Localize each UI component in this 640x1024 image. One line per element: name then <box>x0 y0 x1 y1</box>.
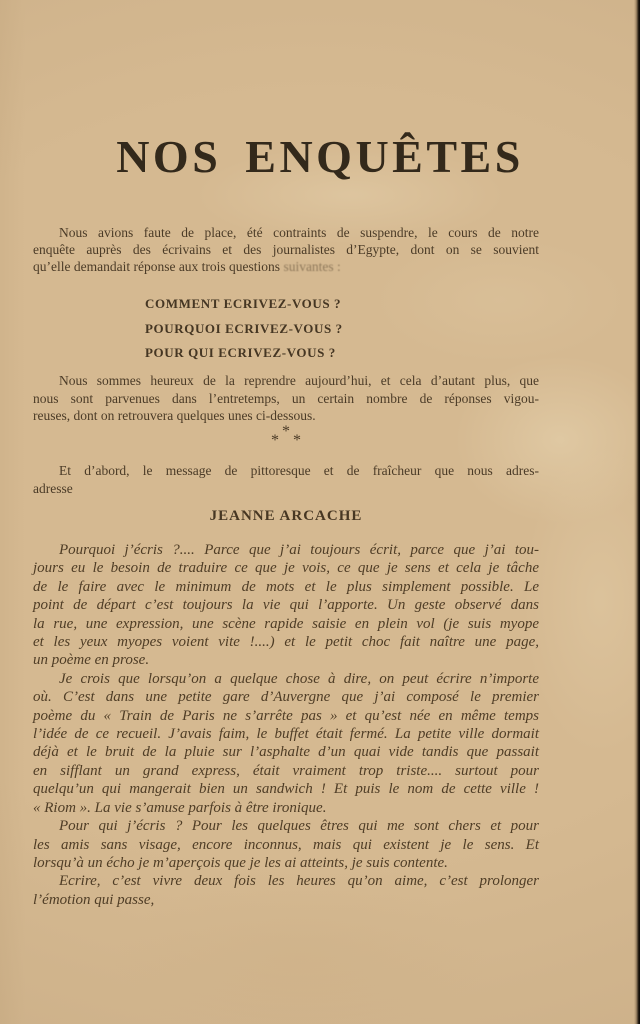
intro-line-text: qu’elle demandait réponse aux trois ques… <box>33 259 283 274</box>
essay-line: Pourquoi j’écris ?.... Parce que j’ai to… <box>33 541 539 559</box>
essay-line: poème du « Train de Paris ne s’arrête pa… <box>33 707 539 725</box>
lead-in-paragraph: Et d’abord, le message de pittoresque et… <box>33 462 539 498</box>
essay-line: Ecrire, c’est vivre deux fois les heures… <box>33 872 539 890</box>
intro-line: Nous avions faute de place, été contrain… <box>33 224 539 241</box>
resume-paragraph: Nous sommes heureux de la reprendre aujo… <box>33 372 539 425</box>
lead-in-line: adresse <box>33 480 539 498</box>
intro-line: qu’elle demandait réponse aux trois ques… <box>33 258 539 275</box>
essay-line: où. C’est dans une petite gare d’Auvergn… <box>33 688 539 706</box>
essay-line: l’émotion qui passe, <box>33 891 539 909</box>
question-comment: COMMENT ECRIVEZ-VOUS ? <box>145 296 539 312</box>
author-heading: JEANNE ARCACHE <box>33 508 539 525</box>
essay-line: Je crois que lorsqu’on a quelque chose à… <box>33 670 539 688</box>
essay-line: et les yeux myopes voient vite !....) et… <box>33 633 539 651</box>
essay-line: la rue, une expression, une scène rapide… <box>33 615 539 633</box>
essay-line: en sifflant un grand express, était vrai… <box>33 762 539 780</box>
lead-in-line: Et d’abord, le message de pittoresque et… <box>33 462 539 480</box>
asterism-bottom-stars: * * <box>33 436 539 445</box>
essay-line: les amis sans visage, encore inconnus, m… <box>33 836 539 854</box>
essay-line: lorsqu’à un écho je m’aperçois que je le… <box>33 854 539 872</box>
essay-paragraph-2: Je crois que lorsqu’on a quelque chose à… <box>33 670 539 817</box>
page-title: NOS ENQUÊTES <box>0 134 640 180</box>
essay-paragraph-4: Ecrire, c’est vivre deux fois les heures… <box>33 872 539 909</box>
essay-line: jours eu le besoin de traduire ce que je… <box>33 559 539 577</box>
essay-paragraph-3: Pour qui j’écris ? Pour les quelques êtr… <box>33 817 539 872</box>
resume-line: Nous sommes heureux de la reprendre aujo… <box>33 372 539 390</box>
resume-line: nous sont parvenues dans l’entretemps, u… <box>33 390 539 408</box>
questions-list: COMMENT ECRIVEZ-VOUS ? POURQUOI ECRIVEZ-… <box>145 296 539 370</box>
essay-line: un poème en prose. <box>33 651 539 669</box>
essay-line: l’idée de ce recueil. J’avais faim, le b… <box>33 725 539 743</box>
asterism-ornament: * * * <box>33 427 539 445</box>
intro-line: enquête auprès des écrivains et des jour… <box>33 241 539 258</box>
essay-line: point de départ c’est toujours la vie qu… <box>33 596 539 614</box>
intro-paragraph: Nous avions faute de place, été contrain… <box>33 224 539 275</box>
intro-faded-word: suivantes : <box>283 259 340 274</box>
essay-line: Pour qui j’écris ? Pour les quelques êtr… <box>33 817 539 835</box>
essay-line: de le faire avec le minimum de mots et l… <box>33 578 539 596</box>
essay-line: « Riom ». La vie s’amuse parfois à être … <box>33 799 539 817</box>
question-pour-qui: POUR QUI ECRIVEZ-VOUS ? <box>145 345 539 361</box>
essay-line: quelqu’un qui mangerait bien un sandwich… <box>33 780 539 798</box>
essay-paragraph-1: Pourquoi j’écris ?.... Parce que j’ai to… <box>33 541 539 670</box>
scanned-magazine-page: { "title": "NOS ENQUÊTES", "intro": { "l… <box>0 0 640 1024</box>
resume-line: reuses, dont on retrouvera quelques unes… <box>33 407 539 425</box>
question-pourquoi: POURQUOI ECRIVEZ-VOUS ? <box>145 321 539 337</box>
essay-body: Pourquoi j’écris ?.... Parce que j’ai to… <box>33 541 539 909</box>
essay-line: déjà et le bruit de la pluie sur l’aspha… <box>33 743 539 761</box>
